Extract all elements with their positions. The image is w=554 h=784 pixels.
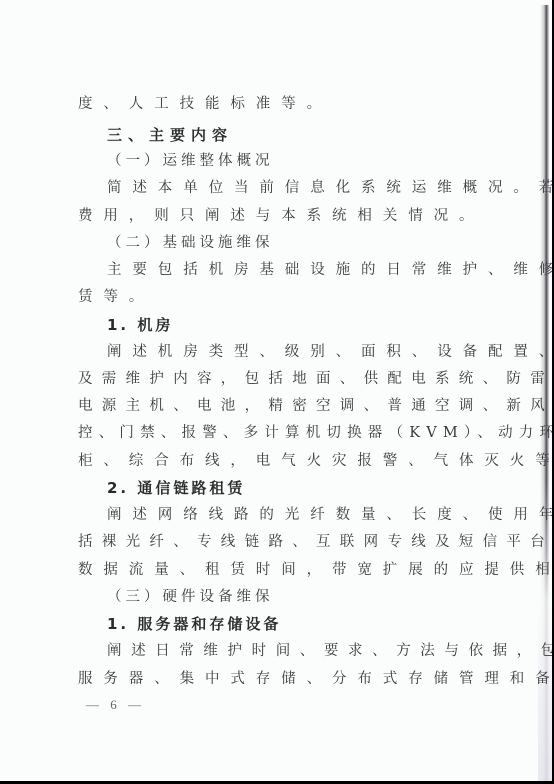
document-page: 度、人工技能标准等。 三、主要内容 （一）运维整体概况 简述本单位当前信息化系统… bbox=[0, 0, 552, 781]
section-heading-main-content: 三、主要内容 bbox=[107, 125, 517, 145]
scan-edge-fade bbox=[538, 480, 552, 781]
text-line: 简述本单位当前信息化系统运维概况。若申报单个系统运维 bbox=[107, 178, 517, 198]
text-line: 柜、综合布线，电气火灾报警、气体灭火等系统等。 bbox=[78, 451, 488, 471]
text-line: 主要包括机房基础设施的日常维护、维修保障，通信链路租 bbox=[107, 260, 517, 280]
text-line: 度、人工技能标准等。 bbox=[78, 94, 488, 114]
page-number: — 6 — bbox=[86, 697, 145, 713]
text-line: 电源主机、电池，精密空调、普通空调、新风、加湿，安防监 bbox=[78, 396, 488, 416]
text-line: 服务器、集中式存储、分布式存储管理和备份一体机等。 bbox=[78, 669, 488, 689]
subheading-infrastructure: （二）基础设施维保 bbox=[107, 233, 517, 253]
text-line: 费用，则只阐述与本系统相关情况。 bbox=[78, 206, 488, 226]
text-line: 及需维护内容，包括地面、供配电系统、防雷接地系统，不间断 bbox=[78, 369, 488, 389]
subheading-hardware: （三）硬件设备维保 bbox=[107, 587, 517, 607]
text-line: 阐述网络线路的光纤数量、长度、使用年限和维护内容，包 bbox=[107, 505, 517, 525]
heading-link-lease: 2. 通信链路租赁 bbox=[107, 478, 517, 498]
text-line: 数据流量、租赁时间，带宽扩展的应提供相关需求依据。 bbox=[78, 560, 488, 580]
heading-servers-storage: 1. 服务器和存储设备 bbox=[107, 614, 517, 634]
text-line: 括裸光纤、专线链路、互联网专线及短信平台等，需说明带宽、 bbox=[78, 532, 488, 552]
subheading-overview: （一）运维整体概况 bbox=[107, 151, 517, 171]
text-line: 阐述日常维护时间、要求、方法与依据，包括小型机、PC bbox=[107, 641, 517, 661]
heading-machine-room: 1. 机房 bbox=[107, 315, 517, 335]
text-line: 赁等。 bbox=[78, 287, 488, 307]
text-line: 控、门禁、报警、多计算机切换器（KVM）、动力环境监控、机 bbox=[78, 423, 488, 443]
text-line: 阐述机房类型、级别、面积、设备配置、机柜数量、布局以 bbox=[107, 342, 517, 362]
